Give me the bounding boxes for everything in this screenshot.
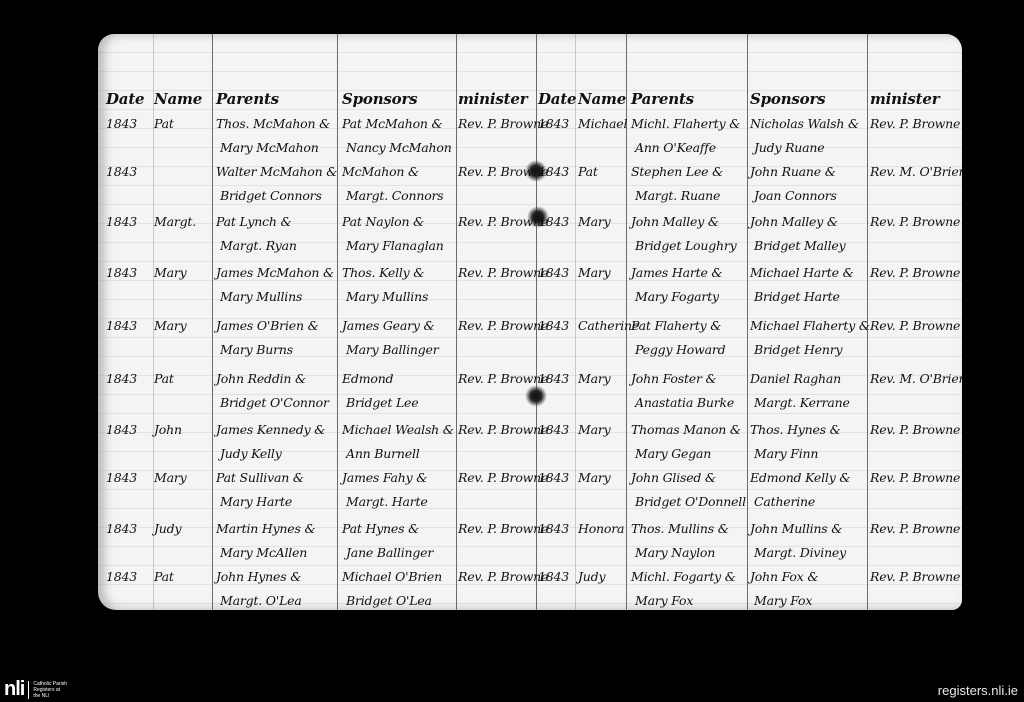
entry-minister: Rev. P. Browne [870,318,960,333]
entry-parent-father: James Harte & [631,265,722,280]
column-header-date: Date [106,90,144,108]
entry-parent-mother: Peggy Howard [635,342,725,357]
column-header-minister: minister [458,90,527,108]
entry-minister: Rev. P. Browne [458,318,548,333]
entry-parent-mother: Ann O'Keaffe [635,140,716,155]
logo-divider [28,681,29,699]
entry-date: 1843 [106,265,137,280]
entry-name: Pat [154,569,174,584]
entry-name: Mary [578,422,611,437]
entry-parent-mother: Mary Harte [220,494,292,509]
entry-sponsor: Michael O'Brien [342,569,442,584]
entry-minister: Rev. P. Browne [870,265,960,280]
entry-sponsor: Bridget Lee [346,395,418,410]
entry-date: 1843 [538,371,569,386]
entry-name: Mary [154,265,187,280]
entry-sponsor: John Ruane & [750,164,836,179]
entry-parent-mother: Mary Naylon [635,545,715,560]
entry-minister: Rev. P. Browne [458,214,548,229]
entry-minister: Rev. P. Browne [458,422,548,437]
entry-sponsor: Judy Ruane [754,140,824,155]
entry-sponsor: John Malley & [750,214,838,229]
logo-line: the NLI [33,693,67,699]
entry-sponsor: Pat Naylon & [342,214,424,229]
entry-sponsor: Bridget Malley [754,238,845,253]
entry-date: 1843 [538,470,569,485]
entry-parent-father: Michl. Fogarty & [631,569,736,584]
entry-sponsor: James Fahy & [342,470,427,485]
entry-parent-father: Thomas Manon & [631,422,741,437]
entry-date: 1843 [538,521,569,536]
site-url[interactable]: registers.nli.ie [938,683,1018,698]
entry-minister: Rev. P. Browne [458,470,548,485]
entry-parent-father: John Foster & [631,371,716,386]
entry-parent-mother: Margt. O'Lea [220,593,302,608]
entry-parent-father: John Hynes & [216,569,301,584]
entry-parent-mother: Mary Fogarty [635,289,719,304]
entry-date: 1843 [106,116,137,131]
entry-parent-father: John Malley & [631,214,719,229]
entry-minister: Rev. P. Browne [458,164,548,179]
entry-name: Judy [578,569,605,584]
entry-minister: Rev. P. Browne [458,265,548,280]
entry-sponsor: James Geary & [342,318,434,333]
entry-date: 1843 [538,422,569,437]
nli-logo: nli Catholic Parish Registers at the NLI [4,678,67,701]
entry-date: 1843 [106,214,137,229]
entry-parent-mother: Mary McMahon [220,140,319,155]
entry-parent-father: James McMahon & [216,265,334,280]
entry-minister: Rev. P. Browne [870,521,960,536]
entry-parent-father: Pat Lynch & [216,214,291,229]
entry-parent-mother: Mary McAllen [220,545,307,560]
entry-name: Margt. [154,214,196,229]
entry-name: Pat [578,164,598,179]
entry-parent-father: Stephen Lee & [631,164,723,179]
entry-parent-mother: Bridget O'Connor [220,395,329,410]
logo-mark: nli [4,678,24,701]
entry-date: 1843 [106,569,137,584]
entry-name: Mary [578,265,611,280]
entry-minister: Rev. P. Browne [870,569,960,584]
entry-sponsor: Daniel Raghan [750,371,841,386]
entry-parent-mother: Anastatia Burke [635,395,734,410]
logo-text: Catholic Parish Registers at the NLI [33,681,67,699]
entry-name: John [154,422,182,437]
entry-minister: Rev. M. O'Brien [870,371,962,386]
entry-sponsor: Mary Ballinger [346,342,439,357]
entry-parent-father: Thos. McMahon & [216,116,330,131]
column-header-sponsors: Sponsors [342,90,417,108]
entry-minister: Rev. P. Browne [458,521,548,536]
entry-sponsor: Mary Flanaglan [346,238,444,253]
column-header-date: Date [538,90,576,108]
column-header-minister: minister [870,90,939,108]
entry-parent-father: John Glised & [631,470,716,485]
entry-parent-father: John Reddin & [216,371,306,386]
entry-date: 1843 [538,265,569,280]
entry-sponsor: Pat McMahon & [342,116,442,131]
register-page: DateNameParentsSponsorsministerDateNameP… [98,34,962,610]
column-header-parents: Parents [631,90,694,108]
column-divider [337,34,338,610]
entry-sponsor: Mary Mullins [346,289,428,304]
entry-name: Honora [578,521,624,536]
entry-date: 1843 [538,214,569,229]
entry-sponsor: Bridget Henry [754,342,842,357]
entry-name: Pat [154,371,174,386]
entry-sponsor: McMahon & [342,164,419,179]
column-header-parents: Parents [216,90,279,108]
entry-sponsor: Edmond Kelly & [750,470,850,485]
entry-minister: Rev. P. Browne [870,116,960,131]
entry-name: Mary [578,470,611,485]
entry-name: Mary [578,214,611,229]
column-header-name: Name [578,90,626,108]
entry-sponsor: Bridget Harte [754,289,840,304]
entry-sponsor: Nicholas Walsh & [750,116,859,131]
entry-sponsor: Margt. Diviney [754,545,846,560]
entry-sponsor: Mary Finn [754,446,818,461]
entry-sponsor: Margt. Harte [346,494,428,509]
entry-sponsor: Michael Wealsh & [342,422,454,437]
entry-sponsor: Thos. Kelly & [342,265,424,280]
entry-sponsor: Michael Flaherty & [750,318,870,333]
entry-parent-mother: Bridget Connors [220,188,322,203]
entry-sponsor: John Mullins & [750,521,842,536]
entry-sponsor: Catherine [754,494,815,509]
entry-date: 1843 [106,318,137,333]
entry-minister: Rev. P. Browne [870,422,960,437]
entry-sponsor: Michael Harte & [750,265,854,280]
entry-name: Mary [154,470,187,485]
entry-sponsor: John Fox & [750,569,818,584]
entry-sponsor: Ann Burnell [346,446,420,461]
entry-parent-mother: Bridget Loughry [635,238,737,253]
entry-sponsor: Thos. Hynes & [750,422,841,437]
entry-minister: Rev. P. Browne [870,214,960,229]
entry-date: 1843 [538,569,569,584]
entry-name: Judy [154,521,181,536]
column-divider [575,34,576,610]
entry-parent-father: Pat Sullivan & [216,470,304,485]
entry-minister: Rev. P. Browne [458,371,548,386]
column-divider [456,34,457,610]
column-header-name: Name [154,90,202,108]
entry-parent-father: James Kennedy & [216,422,325,437]
entry-name: Mary [154,318,187,333]
column-header-sponsors: Sponsors [750,90,825,108]
entry-name: Catherine [578,318,639,333]
entry-date: 1843 [106,521,137,536]
entry-sponsor: Jane Ballinger [346,545,433,560]
entry-sponsor: Pat Hynes & [342,521,419,536]
entry-parent-mother: Mary Burns [220,342,293,357]
entry-parent-father: Thos. Mullins & [631,521,729,536]
entry-sponsor: Mary Fox [754,593,812,608]
entry-sponsor: Nancy McMahon [346,140,452,155]
entry-parent-mother: Mary Gegan [635,446,711,461]
column-divider [747,34,748,610]
entry-minister: Rev. P. Browne [458,116,548,131]
column-divider [212,34,213,610]
entry-sponsor: Margt. Kerrane [754,395,850,410]
entry-minister: Rev. M. O'Brien [870,164,962,179]
entry-parent-father: Walter McMahon & [216,164,337,179]
entry-date: 1843 [538,164,569,179]
ink-blot [525,385,547,407]
entry-parent-mother: Margt. Ryan [220,238,297,253]
entry-parent-father: Pat Flaherty & [631,318,721,333]
entry-parent-mother: Mary Mullins [220,289,302,304]
entry-parent-father: Michl. Flaherty & [631,116,740,131]
entry-parent-father: James O'Brien & [216,318,319,333]
entry-name: Michael [578,116,627,131]
entry-parent-mother: Judy Kelly [220,446,282,461]
logo-line: Catholic Parish [33,681,67,687]
entry-parent-father: Martin Hynes & [216,521,315,536]
entry-parent-mother: Bridget O'Donnell [635,494,746,509]
entry-minister: Rev. P. Browne [870,470,960,485]
entry-date: 1843 [106,164,137,179]
entry-sponsor: Joan Connors [754,188,837,203]
entry-sponsor: Margt. Connors [346,188,444,203]
entry-parent-mother: Margt. Ruane [635,188,720,203]
entry-parent-mother: Mary Fox [635,593,693,608]
entry-name: Pat [154,116,174,131]
entry-name: Mary [578,371,611,386]
entry-date: 1843 [106,422,137,437]
entry-date: 1843 [538,318,569,333]
entry-date: 1843 [106,371,137,386]
entry-date: 1843 [106,470,137,485]
entry-date: 1843 [538,116,569,131]
entry-sponsor: Edmond [342,371,393,386]
entry-sponsor: Bridget O'Lea [346,593,432,608]
entry-minister: Rev. P. Browne [458,569,548,584]
